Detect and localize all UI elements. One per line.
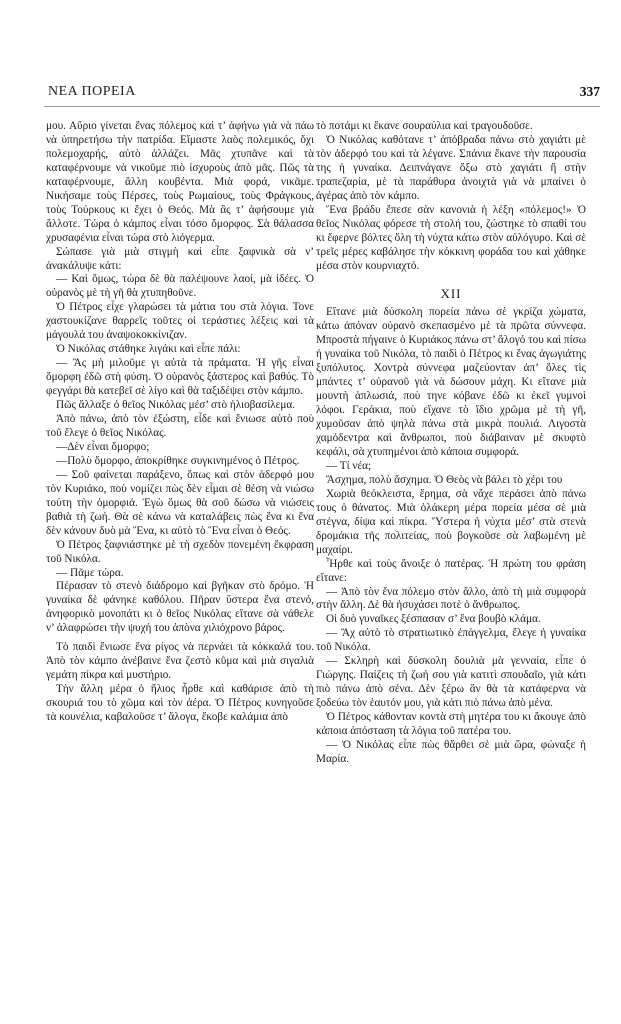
right-column-after-section: Εἴτανε μιὰ δύσκολη πορεία πάνω σὲ γκρίζα… — [316, 306, 586, 766]
page-number: 337 — [580, 84, 600, 100]
paragraph: Χωριὰ θεόκλειστα, ἔρημα, σὰ νἄχε περάσει… — [316, 488, 586, 558]
paragraph: Ὁ Νικόλας καθότανε τ’ ἀπόβραδα πάνω στὸ … — [316, 134, 586, 204]
paragraph: Ἕνα βράδυ ἔπεσε σὰν κανονιὰ ἡ λέξη «πόλε… — [316, 204, 586, 274]
paragraph: Πῶς ἄλλαξε ὁ θεῖος Νικόλας μέσ’ στὸ ἡλιο… — [46, 399, 314, 413]
paragraph: Τὴν ἄλλη μέρα ὁ ἥλιος ἦρθε καὶ καθάρισε … — [46, 683, 314, 725]
paragraph: Εἴτανε μιὰ δύσκολη πορεία πάνω σὲ γκρίζα… — [316, 306, 586, 459]
paragraph: Ὁ Πέτρος εἶχε γλαρώσει τὰ μάτια του στὰ … — [46, 301, 314, 343]
paragraph: Ἄσχημα, πολὺ ἄσχημα. Ὁ Θεὸς νὰ βάλει τὸ … — [316, 474, 586, 488]
paragraph: — Σκληρὴ καὶ δύσκολη δουλιὰ μὰ γενναία, … — [316, 655, 586, 711]
paragraph: μου. Αὔριο γίνεται ἕνας πόλεμος καὶ τ’ ἀ… — [46, 120, 314, 246]
paragraph: Τὸ παιδὶ ἔνιωσε ἕνα ρίγος νὰ περνάει τὰ … — [46, 641, 314, 683]
paragraph: — Ἄχ αὐτὸ τὸ στρατιωτικὸ ἐπάγγελμα, ἔλεγ… — [316, 627, 586, 655]
paragraph: Ὁ Πέτρος κάθονταν κοντὰ στὴ μητέρα του κ… — [316, 711, 586, 739]
paragraph: Ὁ Πέτρος ξαφνιάστηκε μὲ τὴ σχεδὸν πονεμέ… — [46, 539, 314, 567]
paragraph: — Ὁ Νικόλας εἶπε πὼς θἄρθει σὲ μιὰ ὥρα, … — [316, 739, 586, 767]
paragraph: Σώπασε γιὰ μιὰ στιγμὴ καὶ εἶπε ξαφνικὰ σ… — [46, 246, 314, 274]
left-column: μου. Αὔριο γίνεται ἕνας πόλεμος καὶ τ’ ἀ… — [46, 120, 314, 725]
paragraph: Πέρασαν τὸ στενὸ διάδρομο καὶ βγῆκαν στὸ… — [46, 580, 314, 636]
paragraph: — Πᾶμε τώρα. — [46, 567, 314, 581]
right-column: τὸ ποτάμι κι ἔκανε σουραύλια καὶ τραγουδ… — [316, 120, 586, 767]
paragraph: —Πολὺ ὄμορφο, ἀποκρίθηκε συγκινημένος ὁ … — [46, 455, 314, 469]
paragraph: Ὁ Νικόλας στάθηκε λιγάκι καὶ εἶπε πάλι: — [46, 343, 314, 357]
paragraph: τὸ ποτάμι κι ἔκανε σουραύλια καὶ τραγουδ… — [316, 120, 586, 134]
paragraph: — Ἂς μὴ μιλοῦμε γι αὐτὰ τὰ πράματα. Ἡ γῆ… — [46, 357, 314, 399]
paragraph: — Καὶ ὅμως, τώρα δὲ θὰ παλέψουνε λαοί, μ… — [46, 273, 314, 301]
paragraph: — Τί νέα; — [316, 460, 586, 474]
paragraph: — Ἀπὸ τὸν ἕνα πόλεμο στὸν ἄλλο, ἀπὸ τὴ μ… — [316, 586, 586, 614]
paragraph: — Σοῦ φαίνεται παράξενο, ὅπως καὶ στὸν ἀ… — [46, 469, 314, 539]
running-title: ΝΕΑ ΠΟΡΕΙΑ — [48, 84, 136, 100]
paragraph: Ἦρθε καὶ τοὺς ἄνοιξε ὁ πατέρας. Ἡ πρώτη … — [316, 558, 586, 586]
chapter-heading: XII — [316, 287, 586, 301]
right-column-before-section: τὸ ποτάμι κι ἔκανε σουραύλια καὶ τραγουδ… — [316, 120, 586, 273]
paragraph: Οἱ δυὸ γυναῖκες ξέσπασαν σ’ ἕνα βουβὸ κλ… — [316, 613, 586, 627]
paragraph: Ἀπὸ πάνω, ἀπὸ τὸν ἐξώστη, εἶδε καὶ ἔνιωσ… — [46, 413, 314, 441]
paragraph: —Δὲν εἶναι ὄμορφο; — [46, 441, 314, 455]
page-header: ΝΕΑ ΠΟΡΕΙΑ 337 — [44, 84, 600, 107]
